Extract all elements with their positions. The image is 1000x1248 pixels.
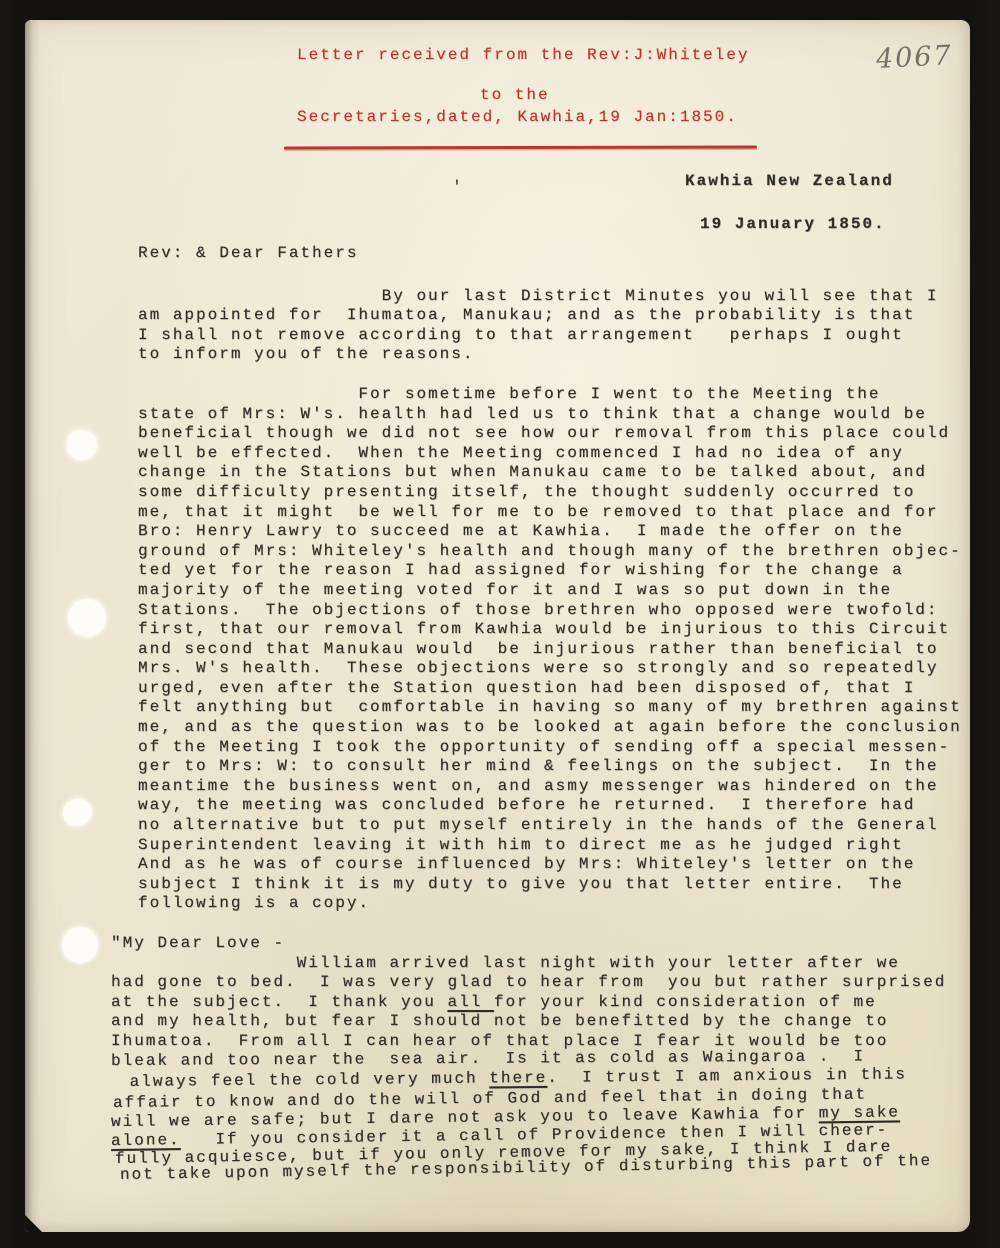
meeting-account-paragraph: For sometime before I went to the Meetin… xyxy=(138,385,962,914)
letter-line: ground of Mrs: Whiteley's health and tho… xyxy=(138,542,962,562)
red-header-line-2: to the xyxy=(480,86,550,106)
letter-line: state of Mrs: W's. health had led us to … xyxy=(138,405,962,425)
opening-paragraph: By our last District Minutes you will se… xyxy=(138,287,962,365)
letter-line: urged, even after the Station question h… xyxy=(138,679,962,699)
hole-punch xyxy=(67,430,97,460)
letterhead-place: Kawhia New Zealand xyxy=(685,172,894,192)
handwritten-archive-number: 4067 xyxy=(875,40,953,75)
letter-line: For sometime before I went to the Meetin… xyxy=(138,385,962,405)
red-underline-rule xyxy=(284,146,757,150)
letter-line: I shall not remove according to that arr… xyxy=(138,326,962,346)
letter-line: Stations. The objections of those brethr… xyxy=(138,601,962,621)
letter-line: "My Dear Love - xyxy=(111,934,962,954)
letter-line: me, that it might be well for me to be r… xyxy=(138,503,962,523)
letter-line: Superintendent leaving it with him to di… xyxy=(138,836,962,856)
letter-line: change in the Stations but when Manukau … xyxy=(138,463,962,483)
letter-line: am appointed for Ihumatoa, Manukau; and … xyxy=(138,306,962,326)
clipped-paper-corner xyxy=(25,1215,42,1232)
letter-line: beneficial though we did not see how our… xyxy=(138,424,962,444)
letter-line: majority of the meeting voted for it and… xyxy=(138,581,962,601)
letter-page: Letter received from the Rev:J:Whiteley … xyxy=(25,20,970,1232)
letter-line: to inform you of the reasons. xyxy=(138,345,962,365)
letter-line: By our last District Minutes you will se… xyxy=(138,287,962,307)
letter-line: subject I think it is my duty to give yo… xyxy=(138,875,962,895)
letter-line: had gone to bed. I was very glad to hear… xyxy=(111,973,962,993)
letter-line: no alternative but to put myself entirel… xyxy=(138,816,962,836)
quoted-letter-paragraph: "My Dear Love - William arrived last nig… xyxy=(111,934,962,1189)
letterhead-date: 19 January 1850. xyxy=(700,215,886,235)
hole-punch xyxy=(63,799,92,826)
red-header-line-1: Letter received from the Rev:J:Whiteley xyxy=(297,46,749,66)
letter-line: And as he was of course influenced by Mr… xyxy=(138,855,962,875)
stray-ink-mark: ' xyxy=(452,178,464,198)
salutation: Rev: & Dear Fathers xyxy=(138,244,962,264)
letter-line: felt anything but comfortable in having … xyxy=(138,698,962,718)
letter-line: at the subject. I thank you all for your… xyxy=(111,993,962,1013)
letter-body: Rev: & Dear Fathers By our last District… xyxy=(138,244,962,1209)
letter-line: ger to Mrs: W: to consult her mind & fee… xyxy=(138,757,962,777)
letter-line: of the Meeting I took the opportunity of… xyxy=(138,738,962,758)
letter-line: well be effected. When the Meeting comme… xyxy=(138,444,962,464)
letter-line: William arrived last night with your let… xyxy=(111,954,962,974)
letter-line: ted yet for the reason I had assigned fo… xyxy=(138,561,962,581)
letter-line: meantime the business went on, and asmy … xyxy=(138,777,962,797)
letter-line: way, the meeting was concluded before he… xyxy=(138,796,962,816)
red-header-line-3: Secretaries,dated, Kawhia,19 Jan:1850. xyxy=(297,108,738,128)
letter-line: and second that Manukau would be injurio… xyxy=(138,640,962,660)
letter-line: and my health, but fear I should not be … xyxy=(111,1012,962,1032)
hole-punch xyxy=(68,599,106,637)
letter-line: Mrs. W's health. These objections were s… xyxy=(138,659,962,679)
letter-line: Bro: Henry Lawry to succeed me at Kawhia… xyxy=(138,522,962,542)
paper-left-edge-shadow xyxy=(25,20,40,1232)
letter-line: following is a copy. xyxy=(138,894,962,914)
hole-punch xyxy=(62,927,98,963)
letter-line: first, that our removal from Kawhia woul… xyxy=(138,620,962,640)
letter-line: me, and as the question was to be looked… xyxy=(138,718,962,738)
letter-line: some difficulty presenting itself, the t… xyxy=(138,483,962,503)
